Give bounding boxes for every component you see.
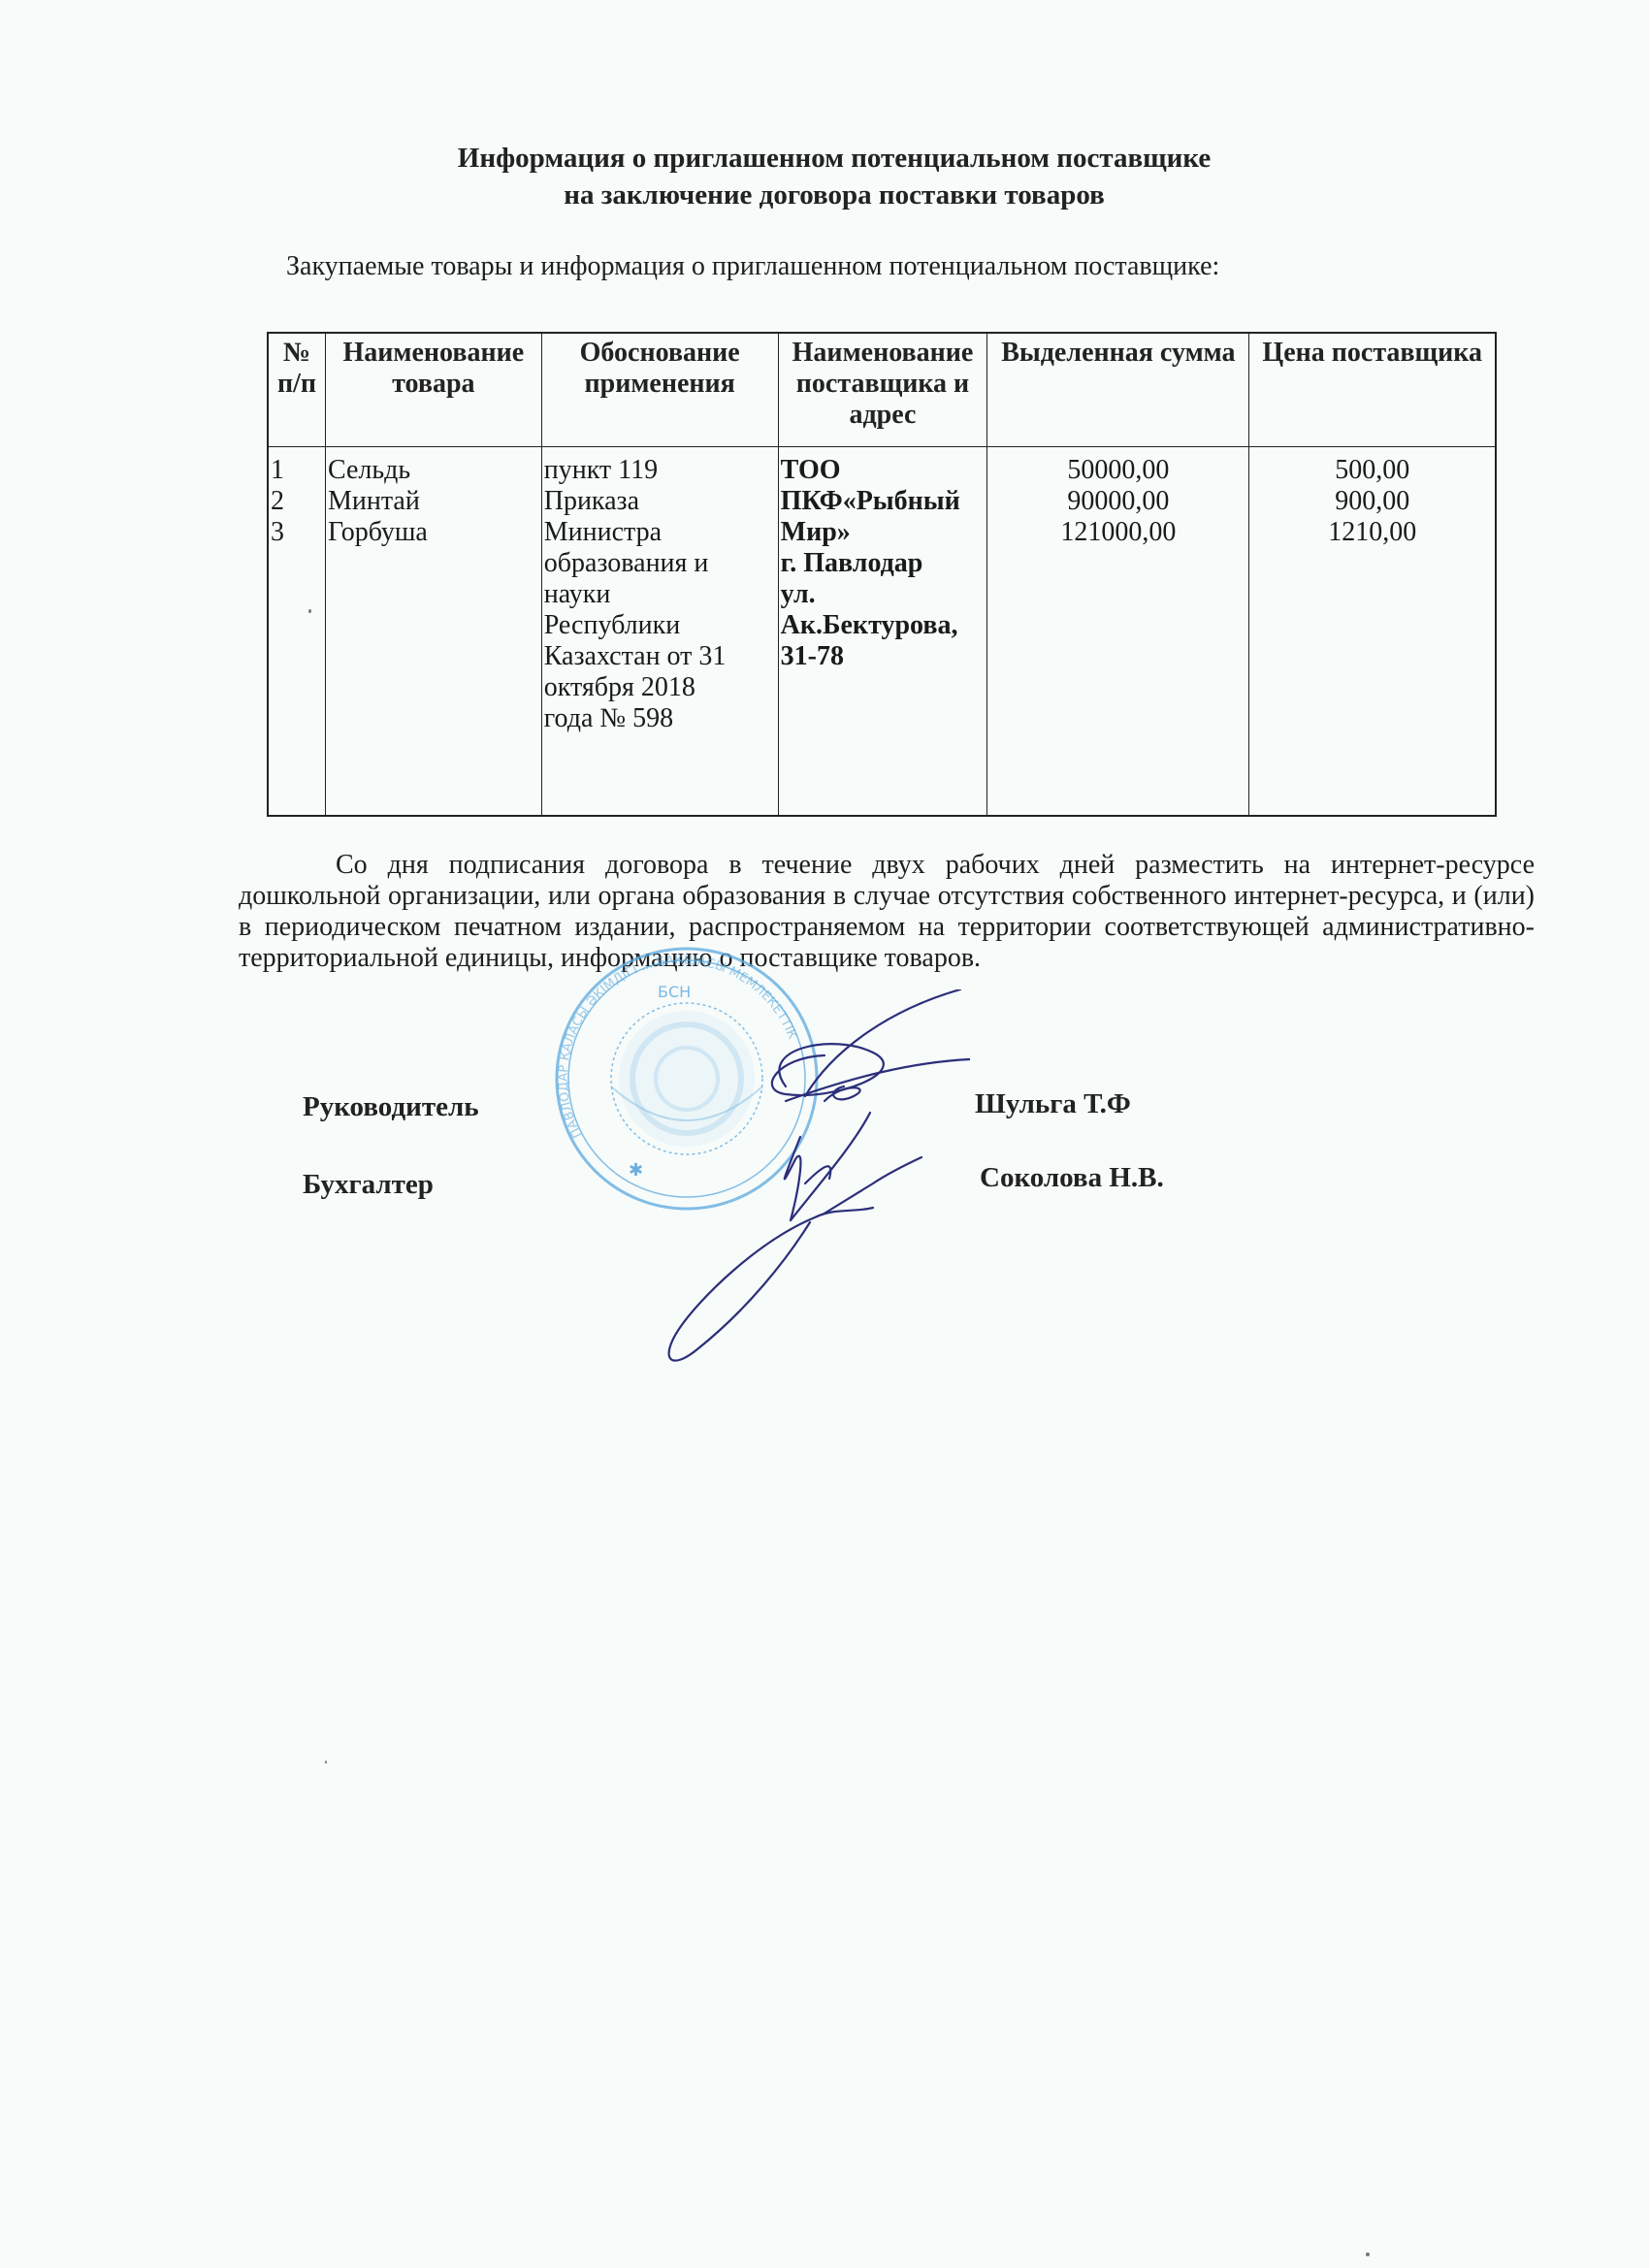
cell-supplier: ТООПКФ«РыбныйМир»г. Павлодарул.Ак.Бектур… (778, 447, 987, 817)
table-header-row: № п/п Наименование товара Обоснование пр… (268, 333, 1496, 447)
table-row: 123 СельдьМинтайГорбуша пункт 119Приказа… (268, 447, 1496, 817)
head-name: Шульга Т.Ф (975, 1088, 1131, 1120)
cell-line: Республики (544, 610, 776, 641)
cell-num: 123 (268, 447, 325, 817)
cell-line: 50000,00 (989, 455, 1246, 486)
cell-basis: пункт 119ПриказаМинистраобразования инау… (541, 447, 778, 817)
scan-speck (1366, 2252, 1370, 2256)
cell-line: пункт 119 (544, 455, 776, 486)
header-basis: Обоснование применения (541, 333, 778, 447)
document-page: Информация о приглашенном потенциальном … (0, 0, 1649, 2268)
header-goods-name: Наименование товара (325, 333, 541, 447)
accountant-name: Соколова Н.В. (980, 1162, 1164, 1194)
cell-line: ТОО (781, 455, 986, 486)
publication-paragraph: Со дня подписания договора в течение дву… (239, 850, 1535, 974)
cell-line: науки (544, 579, 776, 610)
cell-line: 900,00 (1251, 486, 1493, 517)
header-supplier: Наименование поставщика и адрес (778, 333, 987, 447)
cell-goods-name: СельдьМинтайГорбуша (325, 447, 541, 817)
cell-allocated-sum: 50000,0090000,00121000,00 (987, 447, 1249, 817)
cell-line: Сельдь (328, 455, 539, 486)
cell-line: Горбуша (328, 517, 539, 548)
cell-line: 31-78 (781, 641, 986, 672)
cell-supplier-price: 500,00900,001210,00 (1249, 447, 1496, 817)
goods-table: № п/п Наименование товара Обоснование пр… (267, 332, 1497, 817)
cell-line: Министра (544, 517, 776, 548)
cell-line: Приказа (544, 486, 776, 517)
title-line-1: Информация о приглашенном потенциальном … (10, 140, 1649, 177)
accountant-label: Бухгалтер (303, 1169, 434, 1201)
header-supplier-price: Цена поставщика (1249, 333, 1496, 447)
cell-line: Мир» (781, 517, 986, 548)
cell-line: ПКФ«Рыбный (781, 486, 986, 517)
cell-line: 500,00 (1251, 455, 1493, 486)
cell-line: Ак.Бектурова, (781, 610, 986, 641)
cell-line: 121000,00 (989, 517, 1246, 548)
cell-line: 1 (271, 455, 323, 486)
cell-line: образования и (544, 548, 776, 579)
cell-line: 2 (271, 486, 323, 517)
cell-line: ул. (781, 579, 986, 610)
head-label: Руководитель (303, 1091, 479, 1123)
cell-line: октября 2018 (544, 672, 776, 703)
cell-line: 1210,00 (1251, 517, 1493, 548)
cell-line: 90000,00 (989, 486, 1246, 517)
cell-line: Минтай (328, 486, 539, 517)
cell-line: 3 (271, 517, 323, 548)
scan-speck (308, 609, 311, 613)
header-num: № п/п (268, 333, 325, 447)
title-line-2: на заключение договора поставки товаров (10, 177, 1649, 213)
document-title: Информация о приглашенном потенциальном … (0, 140, 1649, 213)
cell-line: года № 598 (544, 703, 776, 734)
intro-text: Закупаемые товары и информация о приглаш… (286, 250, 1219, 283)
signature-icon (640, 989, 970, 1377)
header-allocated-sum: Выделенная сумма (987, 333, 1249, 447)
scan-speck (325, 1761, 327, 1764)
cell-line: Казахстан от 31 (544, 641, 776, 672)
cell-line: г. Павлодар (781, 548, 986, 579)
